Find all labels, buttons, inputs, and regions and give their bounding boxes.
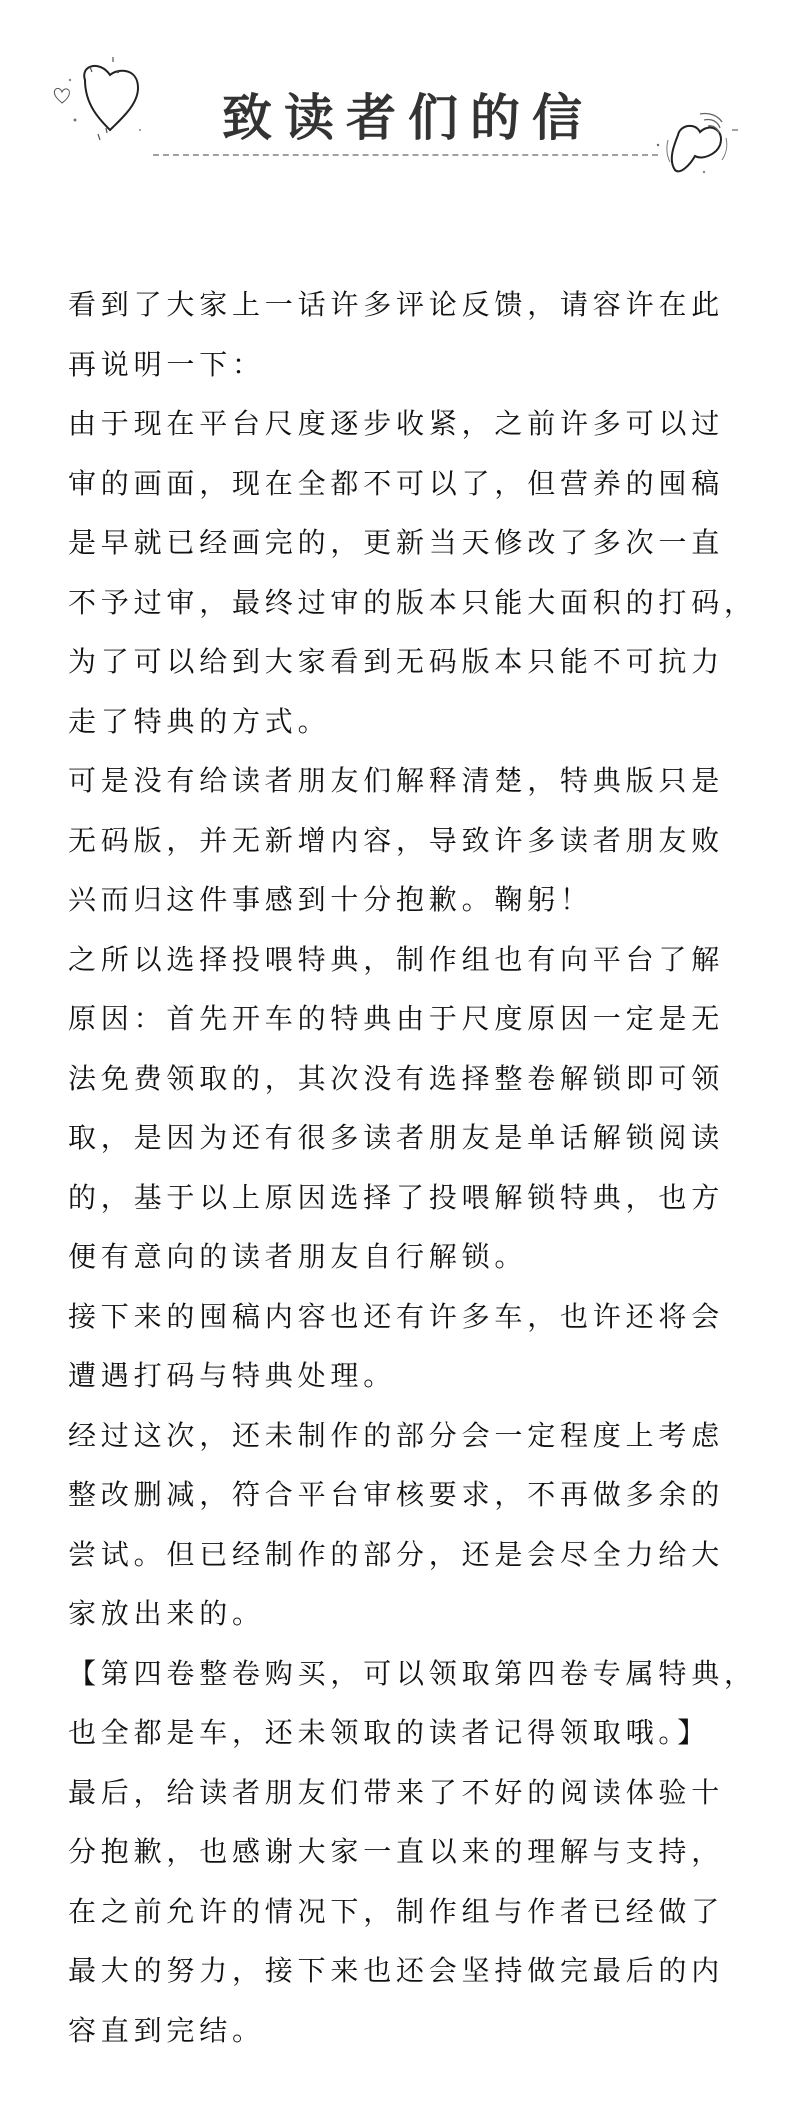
letter-line: 遭遇打码与特典处理。 xyxy=(68,1346,748,1406)
letter-line: 整改删减，符合平台审核要求，不再做多余的 xyxy=(68,1465,748,1525)
bouncing-heart-icon xyxy=(640,100,750,185)
letter-line: 原因：首先开车的特典由于尺度原因一定是无 xyxy=(68,989,748,1049)
letter-line: 是早就已经画完的，更新当天修改了多次一直 xyxy=(68,513,748,573)
letter-line: 容直到完结。 xyxy=(68,2001,748,2061)
letter-line: 为了可以给到大家看到无码版本只能不可抗力 xyxy=(68,632,748,692)
letter-line: 再说明一下： xyxy=(68,335,748,395)
title-divider xyxy=(153,154,658,156)
letter-line: 【第四卷整卷购买，可以领取第四卷专属特典， xyxy=(68,1644,748,1704)
letter-line: 分抱歉，也感谢大家一直以来的理解与支持， xyxy=(68,1822,748,1882)
letter-line: 兴而归这件事感到十分抱歉。鞠躬！ xyxy=(68,870,748,930)
letter-line: 的，基于以上原因选择了投喂解锁特典，也方 xyxy=(68,1168,748,1228)
letter-line: 经过这次，还未制作的部分会一定程度上考虑 xyxy=(68,1406,748,1466)
letter-line: 法免费领取的，其次没有选择整卷解锁即可领 xyxy=(68,1049,748,1109)
letter-line: 在之前允许的情况下，制作组与作者已经做了 xyxy=(68,1882,748,1942)
letter-body: 看到了大家上一话许多评论反馈，请容许在此 再说明一下： 由于现在平台尺度逐步收紧… xyxy=(68,275,748,2060)
letter-line: 看到了大家上一话许多评论反馈，请容许在此 xyxy=(68,275,748,335)
page-title: 致读者们的信 xyxy=(222,88,602,148)
letter-line: 最后，给读者朋友们带来了不好的阅读体验十 xyxy=(68,1763,748,1823)
letter-line: 不予过审，最终过审的版本只能大面积的打码， xyxy=(68,573,748,633)
letter-line: 接下来的囤稿内容也还有许多车，也许还将会 xyxy=(68,1287,748,1347)
letter-line: 便有意向的读者朋友自行解锁。 xyxy=(68,1227,748,1287)
letter-line: 可是没有给读者朋友们解释清楚，特典版只是 xyxy=(68,751,748,811)
letter-line: 无码版，并无新增内容，导致许多读者朋友败 xyxy=(68,811,748,871)
letter-line: 走了特典的方式。 xyxy=(68,692,748,752)
letter-line: 审的画面，现在全都不可以了，但营养的囤稿 xyxy=(68,454,748,514)
letter-line: 也全都是车，还未领取的读者记得领取哦。】 xyxy=(68,1703,748,1763)
letter-line: 尝试。但已经制作的部分，还是会尽全力给大 xyxy=(68,1525,748,1585)
letter-line: 取，是因为还有很多读者朋友是单话解锁阅读 xyxy=(68,1108,748,1168)
letter-line: 最大的努力，接下来也还会坚持做完最后的内 xyxy=(68,1941,748,2001)
heart-doodle-icon xyxy=(40,50,160,150)
letter-line: 之所以选择投喂特典，制作组也有向平台了解 xyxy=(68,930,748,990)
letter-line: 由于现在平台尺度逐步收紧，之前许多可以过 xyxy=(68,394,748,454)
letter-line: 家放出来的。 xyxy=(68,1584,748,1644)
letter-page: 致读者们的信 看到了大家上一话许多评论反馈，请容许在此 再说明一下： 由于现在平… xyxy=(0,0,800,2122)
